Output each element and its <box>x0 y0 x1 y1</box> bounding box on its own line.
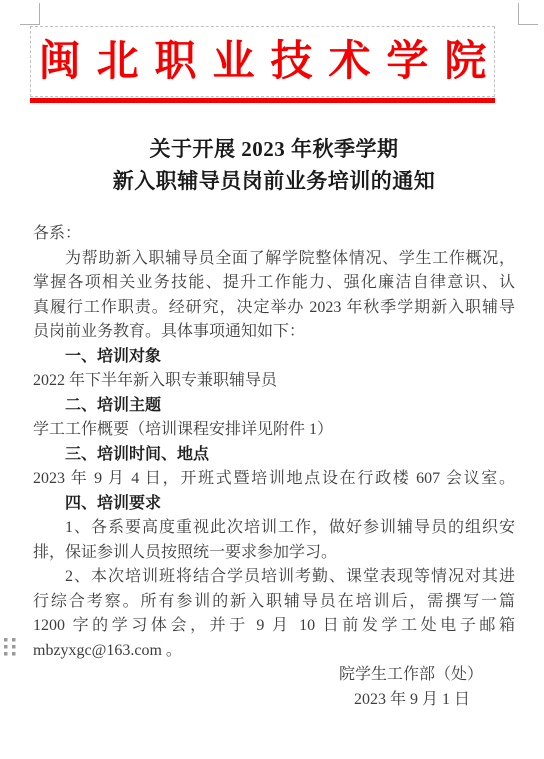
title-line-1: 关于开展 2023 年秋季学期 <box>33 134 515 166</box>
body-line: 1200 字的学习体会，并于 9 月 10 日前发学工处电子邮箱 <box>33 614 515 639</box>
section-heading-4: 四、培训要求 <box>33 492 515 517</box>
drag-handle-dots-icon[interactable] <box>3 637 17 656</box>
notice-body: 各系： 为帮助新入职辅导员全面了解学院整体情况、学生工作概况， 掌握各项相关业务… <box>33 222 515 712</box>
body-line: 真履行工作职责。经研究，决定举办 2023 年秋季学期新入职辅导 <box>33 296 515 321</box>
salutation: 各系： <box>33 222 515 247</box>
section-heading-1: 一、培训对象 <box>33 345 515 370</box>
body-line: 2、本次培训班将结合学员培训考勤、课堂表现等情况对其进 <box>33 565 515 590</box>
email-line: mbzyxgc@163.com 。 <box>33 639 515 664</box>
body-line: 学工工作概要（培训课程安排详见附件 1） <box>33 418 515 443</box>
body-line: 排，保证参训人员按照统一要求参加学习。 <box>33 541 515 566</box>
page-margin-mark-left <box>20 3 40 25</box>
document-title: 关于开展 2023 年秋季学期 新入职辅导员岗前业务培训的通知 <box>33 134 515 197</box>
letterhead-divider <box>30 98 495 103</box>
section-heading-3: 三、培训时间、地点 <box>33 443 515 468</box>
title-line-2: 新入职辅导员岗前业务培训的通知 <box>33 166 515 198</box>
body-line: 员岗前业务教育。具体事项通知如下： <box>33 320 515 345</box>
body-line: 为帮助新入职辅导员全面了解学院整体情况、学生工作概况， <box>33 247 515 272</box>
document-page: 闽北职业技术学院 关于开展 2023 年秋季学期 新入职辅导员岗前业务培训的通知… <box>0 0 544 759</box>
page-margin-mark-right <box>518 3 538 25</box>
body-line: 2023 年 9 月 4 日，开班式暨培训地点设在行政楼 607 会议室。 <box>33 467 515 492</box>
letterhead-box: 闽北职业技术学院 <box>30 26 495 97</box>
signature-date: 2023 年 9 月 1 日 <box>33 688 515 713</box>
body-line: 掌握各项相关业务技能、提升工作能力、强化廉洁自律意识、认 <box>33 271 515 296</box>
body-line: 行综合考察。所有参训的新入职辅导员在培训后，需撰写一篇 <box>33 590 515 615</box>
school-name: 闽北职业技术学院 <box>23 41 503 83</box>
signature-department: 院学生工作部（处） <box>33 663 515 688</box>
body-line: 1、各系要高度重视此次培训工作，做好参训辅导员的组织安 <box>33 516 515 541</box>
section-heading-2: 二、培训主题 <box>33 394 515 419</box>
body-line: 2022 年下半年新入职专兼职辅导员 <box>33 369 515 394</box>
